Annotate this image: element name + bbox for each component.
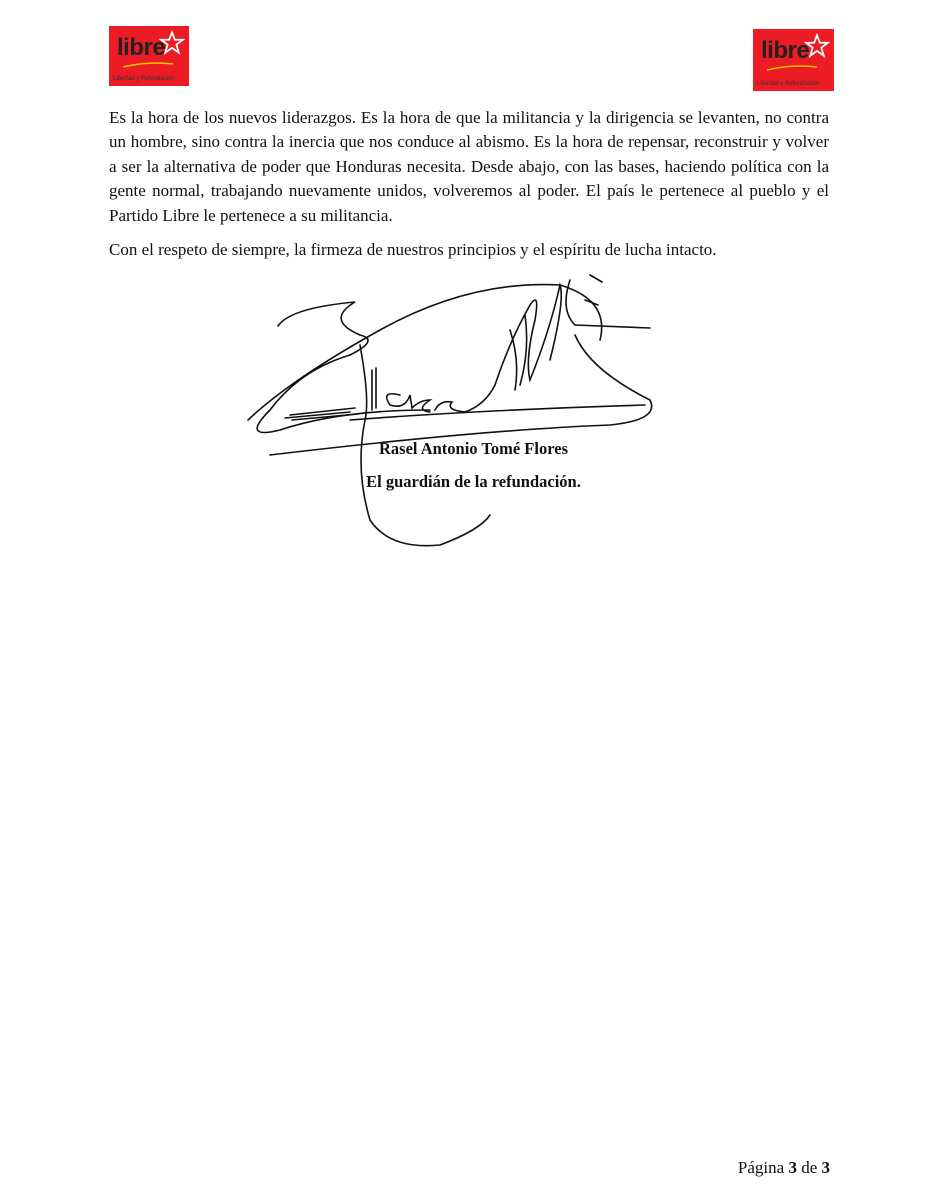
logo-wordmark: libre bbox=[117, 34, 165, 62]
body-paragraph-2: Con el respeto de siempre, la firmeza de… bbox=[109, 238, 829, 262]
swoosh-decoration bbox=[767, 65, 817, 71]
handwritten-signature bbox=[230, 260, 670, 560]
signatory-name: Rasel Antonio Tomé Flores bbox=[10, 439, 927, 459]
star-icon bbox=[804, 33, 830, 59]
signatory-title: El guardián de la refundación. bbox=[10, 472, 927, 492]
page-of: de bbox=[801, 1158, 817, 1177]
body-paragraph-1: Es la hora de los nuevos liderazgos. Es … bbox=[109, 106, 829, 228]
logo-tagline: Libertad y Refundación bbox=[113, 76, 175, 82]
libre-logo-right: libre Libertad y Refundación bbox=[753, 29, 834, 91]
logo-tagline: Libertad y Refundación bbox=[757, 81, 819, 87]
swoosh-decoration bbox=[123, 62, 173, 68]
libre-logo-left: libre Libertad y Refundación bbox=[109, 26, 189, 86]
page-number: Página 3 de 3 bbox=[738, 1158, 830, 1178]
star-icon bbox=[159, 30, 185, 56]
page-label: Página bbox=[738, 1158, 784, 1177]
logo-wordmark: libre bbox=[761, 37, 809, 65]
page-current: 3 bbox=[788, 1158, 797, 1177]
page-total: 3 bbox=[822, 1158, 831, 1177]
